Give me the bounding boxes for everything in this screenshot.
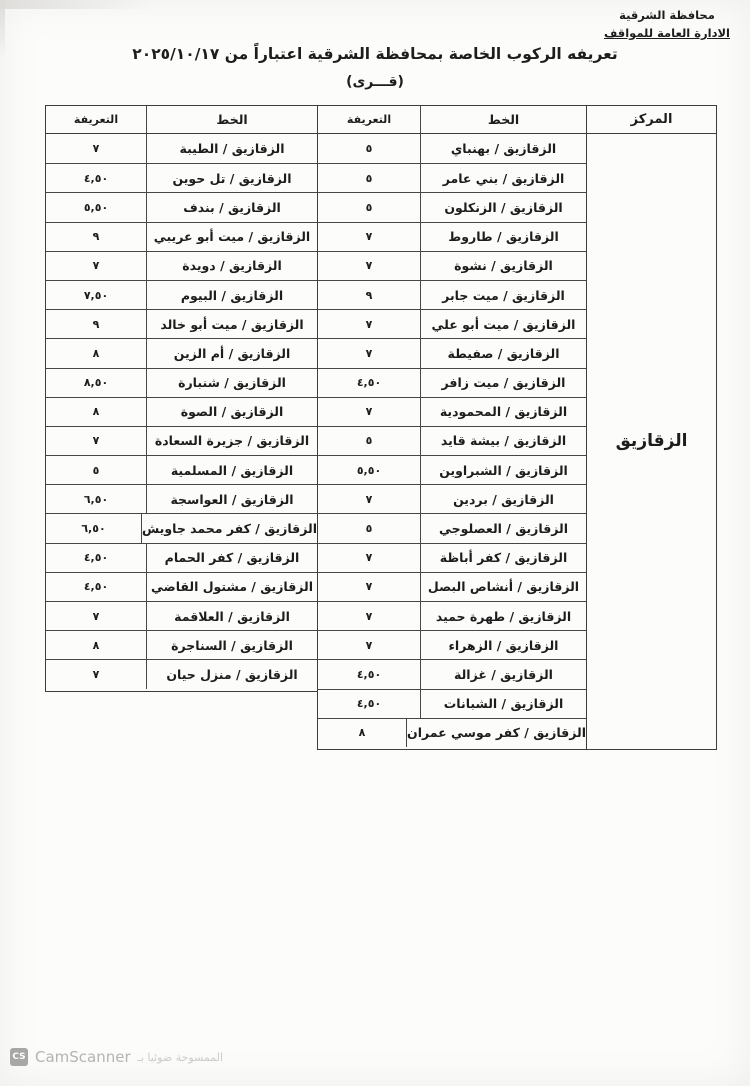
fare-value: ٩: [46, 310, 146, 338]
fare-value: ٨: [46, 398, 146, 426]
route-name: الزقازيق / الشبانات: [420, 690, 586, 718]
table-row: ٥ الزقازيق / المسلمية: [46, 455, 317, 484]
route-name: الزقازيق / شنبارة: [146, 369, 317, 397]
table-row: ٩ الزقازيق / ميت أبو خالد: [46, 309, 317, 338]
table-row: ٨ الزقازيق / أم الزين: [46, 338, 317, 367]
fare-value: ٤,٥٠: [46, 544, 146, 572]
table-row: ٧ الزقازيق / أنشاص البصل: [318, 572, 586, 601]
scanned-with-note: الممسوحة ضوئيا بـ: [138, 1051, 223, 1064]
fare-value: ٩: [318, 281, 420, 309]
table-row: ٧ الزقازيق / نشوة: [318, 251, 586, 280]
fare-value: ٧: [318, 310, 420, 338]
table-row: ٧ الزقازيق / جزيرة السعادة: [46, 426, 317, 455]
scan-shadow-top: [0, 0, 170, 9]
route-name: الزقازيق / أنشاص البصل: [420, 573, 586, 601]
fare-column-header: التعريفة: [318, 106, 420, 133]
route-name: الزقازيق / العواسجة: [146, 485, 317, 513]
fare-column-header: التعريفة: [46, 106, 146, 133]
route-name: الزقازيق / السناجرة: [146, 631, 317, 659]
route-name: الزقازيق / العلاقمة: [146, 602, 317, 630]
table-row: ٨ الزقازيق / الصوة: [46, 397, 317, 426]
route-column-header: الخط: [420, 106, 586, 133]
fares-table-left-group: التعريفة الخط ٧ الزقازيق / الطيبة ٤,٥٠ ا…: [45, 105, 318, 692]
route-name: الزقازيق / غزالة: [420, 660, 586, 688]
table-row: ٧ الزقازيق / طاروط: [318, 222, 586, 251]
fare-value: ٧: [318, 485, 420, 513]
table-row: ٧ الزقازيق / دويدة: [46, 251, 317, 280]
route-name: الزقازيق / كفر أباظة: [420, 544, 586, 572]
letterhead-governorate: محافظة الشرقية: [604, 7, 730, 25]
fare-value: ٥: [46, 456, 146, 484]
table-row: ٧,٥٠ الزقازيق / البيوم: [46, 280, 317, 309]
table-row: ٤,٥٠ الزقازيق / تل حوين: [46, 163, 317, 192]
fare-value: ٥: [318, 193, 420, 221]
table-row: ٤,٥٠ الزقازيق / الشبانات: [318, 689, 586, 718]
fare-value: ٨,٥٠: [46, 369, 146, 397]
route-name: الزقازيق / مشتول القاضي: [146, 573, 317, 601]
table-row: ٥,٥٠ الزقازيق / بندف: [46, 192, 317, 221]
fare-value: ٧: [46, 427, 146, 455]
route-name: الزقازيق / طاروط: [420, 223, 586, 251]
route-name: الزقازيق / العصلوجي: [420, 514, 586, 542]
fare-value: ٧: [318, 252, 420, 280]
table-row: ٥ الزقازيق / بني عامر: [318, 163, 586, 192]
fares-table-right-group: التعريفة الخط ٥ الزقازيق / بهنباي ٥ الزق…: [317, 105, 587, 750]
fare-value: ٤,٥٠: [46, 164, 146, 192]
route-name: الزقازيق / المسلمية: [146, 456, 317, 484]
fares-table: التعريفة الخط ٧ الزقازيق / الطيبة ٤,٥٠ ا…: [45, 105, 717, 750]
route-name: الزقازيق / البيوم: [146, 281, 317, 309]
fare-value: ٥: [318, 427, 420, 455]
route-name: الزقازيق / كفر الحمام: [146, 544, 317, 572]
route-name: الزقازيق / ميت جابر: [420, 281, 586, 309]
camscanner-logo-icon: CS: [10, 1048, 28, 1066]
route-name: الزقازيق / بردين: [420, 485, 586, 513]
table-row: ٧ الزقازيق / الطيبة: [46, 134, 317, 163]
route-name: الزقازيق / تل حوين: [146, 164, 317, 192]
fare-value: ٥,٥٠: [318, 456, 420, 484]
fare-value: ٧: [46, 660, 146, 688]
table-row: ٧ الزقازيق / منزل حيان: [46, 659, 317, 688]
table-row: ٧ الزقازيق / المحمودية: [318, 397, 586, 426]
route-name: الزقازيق / كفر محمد جاويش: [141, 514, 317, 542]
route-name: الزقازيق / بندف: [146, 193, 317, 221]
route-name: الزقازيق / نشوة: [420, 252, 586, 280]
fare-value: ٥: [318, 514, 420, 542]
fare-value: ٤,٥٠: [318, 660, 420, 688]
route-name: الزقازيق / منزل حيان: [146, 660, 317, 688]
left-group-header: التعريفة الخط: [46, 106, 317, 134]
fares-rows-left: ٧ الزقازيق / الطيبة ٤,٥٠ الزقازيق / تل ح…: [46, 134, 317, 689]
right-group-header: التعريفة الخط: [318, 106, 586, 134]
camscanner-watermark: CS CamScanner الممسوحة ضوئيا بـ: [10, 1048, 223, 1066]
table-row: ٧ الزقازيق / صفيطة: [318, 338, 586, 367]
table-row: ٥ الزقازيق / بهنباي: [318, 134, 586, 163]
letterhead: محافظة الشرقية الادارة العامة للمواقف: [604, 7, 730, 43]
table-row: ٤,٥٠ الزقازيق / كفر الحمام: [46, 543, 317, 572]
route-name: الزقازيق / ميت أبو عريبي: [146, 223, 317, 251]
camscanner-brand: CamScanner: [35, 1048, 131, 1066]
route-name: الزقازيق / بني عامر: [420, 164, 586, 192]
table-row: ٩ الزقازيق / ميت أبو عريبي: [46, 222, 317, 251]
table-row: ٦,٥٠ الزقازيق / كفر محمد جاويش: [46, 513, 317, 542]
fares-rows-right: ٥ الزقازيق / بهنباي ٥ الزقازيق / بني عام…: [318, 134, 586, 747]
table-row: ٥ الزقازيق / بيشة قايد: [318, 426, 586, 455]
fare-value: ٥: [318, 164, 420, 192]
fare-value: ٥,٥٠: [46, 193, 146, 221]
fare-value: ٨: [46, 339, 146, 367]
route-name: الزقازيق / أم الزين: [146, 339, 317, 367]
route-name: الزقازيق / دويدة: [146, 252, 317, 280]
table-row: ٦,٥٠ الزقازيق / العواسجة: [46, 484, 317, 513]
table-row: ٤,٥٠ الزقازيق / غزالة: [318, 659, 586, 688]
fare-value: ٩: [46, 223, 146, 251]
route-name: الزقازيق / الطيبة: [146, 134, 317, 163]
table-row: ٧ الزقازيق / ميت أبو علي: [318, 309, 586, 338]
route-column-header: الخط: [146, 106, 317, 133]
document-subtitle: (قـــرى): [0, 74, 750, 90]
document-title: تعريفه الركوب الخاصة بمحافظة الشرقية اعت…: [0, 45, 750, 63]
route-name: الزقازيق / الشبراوين: [420, 456, 586, 484]
fare-value: ٧: [318, 602, 420, 630]
route-name: الزقازيق / الزهراء: [420, 631, 586, 659]
fare-value: ٥: [318, 134, 420, 163]
route-name: الزقازيق / ميت أبو خالد: [146, 310, 317, 338]
table-row: ٥,٥٠ الزقازيق / الشبراوين: [318, 455, 586, 484]
table-row: ٤,٥٠ الزقازيق / ميت زافر: [318, 368, 586, 397]
markaz-column-header: المركز: [587, 106, 716, 134]
fare-value: ٤,٥٠: [318, 369, 420, 397]
route-name: الزقازيق / الصوة: [146, 398, 317, 426]
fare-value: ٨: [318, 719, 406, 747]
table-row: ٧ الزقازيق / طهرة حميد: [318, 601, 586, 630]
fare-value: ٧: [318, 398, 420, 426]
fare-value: ٧: [46, 602, 146, 630]
fare-value: ٦,٥٠: [46, 485, 146, 513]
fare-value: ٤,٥٠: [46, 573, 146, 601]
fare-value: ٧: [318, 544, 420, 572]
table-row: ٩ الزقازيق / ميت جابر: [318, 280, 586, 309]
fare-value: ٧: [46, 134, 146, 163]
route-name: الزقازيق / صفيطة: [420, 339, 586, 367]
route-name: الزقازيق / ميت أبو علي: [420, 310, 586, 338]
route-name: الزقازيق / ميت زافر: [420, 369, 586, 397]
scanned-document-page: محافظة الشرقية الادارة العامة للمواقف تع…: [0, 0, 750, 1086]
table-row: ٨,٥٠ الزقازيق / شنبارة: [46, 368, 317, 397]
fare-value: ٧: [318, 223, 420, 251]
markaz-column: المركز الزقازيق: [586, 105, 717, 750]
table-row: ٧ الزقازيق / كفر أباظة: [318, 543, 586, 572]
letterhead-department: الادارة العامة للمواقف: [604, 25, 730, 43]
route-name: الزقازيق / الزنكلون: [420, 193, 586, 221]
table-row: ٧ الزقازيق / العلاقمة: [46, 601, 317, 630]
table-row: ٥ الزقازيق / العصلوجي: [318, 513, 586, 542]
table-row: ٨ الزقازيق / السناجرة: [46, 630, 317, 659]
fare-value: ٧: [46, 252, 146, 280]
table-row: ٧ الزقازيق / الزهراء: [318, 630, 586, 659]
fare-value: ٧: [318, 573, 420, 601]
fare-value: ٦,٥٠: [46, 514, 141, 542]
fare-value: ٧: [318, 631, 420, 659]
fare-value: ٧,٥٠: [46, 281, 146, 309]
table-row: ٧ الزقازيق / بردين: [318, 484, 586, 513]
route-name: الزقازيق / المحمودية: [420, 398, 586, 426]
route-name: الزقازيق / طهرة حميد: [420, 602, 586, 630]
route-name: الزقازيق / جزيرة السعادة: [146, 427, 317, 455]
fare-value: ٨: [46, 631, 146, 659]
fare-value: ٧: [318, 339, 420, 367]
markaz-value: الزقازيق: [587, 134, 716, 748]
table-row: ٥ الزقازيق / الزنكلون: [318, 192, 586, 221]
table-row: ٨ الزقازيق / كفر موسي عمران: [318, 718, 586, 747]
route-name: الزقازيق / بهنباي: [420, 134, 586, 163]
fare-value: ٤,٥٠: [318, 690, 420, 718]
route-name: الزقازيق / بيشة قايد: [420, 427, 586, 455]
route-name: الزقازيق / كفر موسي عمران: [406, 719, 586, 747]
table-row: ٤,٥٠ الزقازيق / مشتول القاضي: [46, 572, 317, 601]
